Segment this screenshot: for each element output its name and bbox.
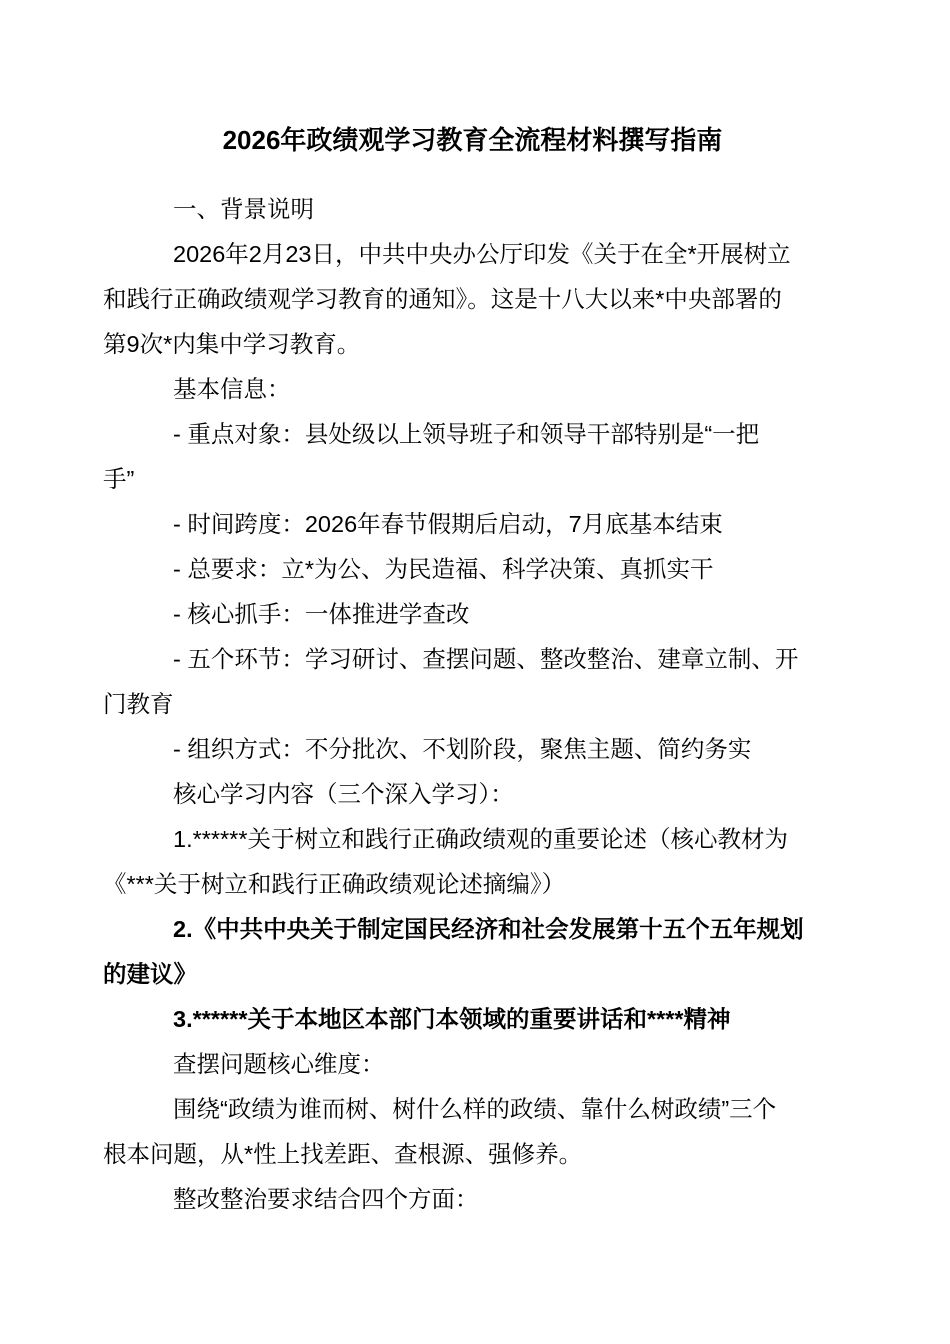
para-three-questions-line-1: 围绕“政绩为谁而树、树什么样的政绩、靠什么树政绩”三个 bbox=[103, 1087, 842, 1132]
list-item-organization-mode: - 组织方式：不分批次、不划阶段，聚焦主题、简约务实 bbox=[103, 727, 842, 772]
numbered-item-2-line-1: 2.《中共中央关于制定国民经济和社会发展第十五个五年规划 bbox=[103, 907, 842, 952]
label-problem-dimensions: 查摆问题核心维度： bbox=[103, 1042, 842, 1087]
label-core-learning-content: 核心学习内容（三个深入学习）： bbox=[103, 772, 842, 817]
para-notice-line-3: 第9次*内集中学习教育。 bbox=[103, 322, 842, 367]
list-item-general-requirement: - 总要求：立*为公、为民造福、科学决策、真抓实干 bbox=[103, 547, 842, 592]
list-item-core-grip: - 核心抓手：一体推进学查改 bbox=[103, 592, 842, 637]
para-three-questions-line-2: 根本问题，从*性上找差距、查根源、强修养。 bbox=[103, 1132, 842, 1177]
document-page: 2026年政绩观学习教育全流程材料撰写指南 一、背景说明 2026年2月23日，… bbox=[0, 0, 950, 1344]
numbered-item-2-line-2: 的建议》 bbox=[103, 952, 842, 997]
list-item-time-span: - 时间跨度：2026年春节假期后启动，7月底基本结束 bbox=[103, 502, 842, 547]
para-notice-line-1: 2026年2月23日，中共中央办公厅印发《关于在全*开展树立 bbox=[103, 232, 842, 277]
section-heading-background: 一、背景说明 bbox=[103, 187, 842, 232]
label-rectification-aspects: 整改整治要求结合四个方面： bbox=[103, 1177, 842, 1222]
document-content: 2026年政绩观学习教育全流程材料撰写指南 一、背景说明 2026年2月23日，… bbox=[0, 0, 950, 1222]
list-item-five-steps-line-1: - 五个环节：学习研讨、查摆问题、整改整治、建章立制、开 bbox=[103, 637, 842, 682]
numbered-item-3: 3.******关于本地区本部门本领域的重要讲话和****精神 bbox=[103, 997, 842, 1042]
label-basic-info: 基本信息： bbox=[103, 367, 842, 412]
para-notice-line-2: 和践行正确政绩观学习教育的通知》。这是十八大以来*中央部署的 bbox=[103, 277, 842, 322]
list-item-five-steps-line-2: 门教育 bbox=[103, 682, 842, 727]
list-item-key-target-line-2: 手” bbox=[103, 457, 842, 502]
list-item-key-target-line-1: - 重点对象：县处级以上领导班子和领导干部特别是“一把 bbox=[103, 412, 842, 457]
numbered-item-1-line-2: 《***关于树立和践行正确政绩观论述摘编》） bbox=[103, 862, 842, 907]
document-title: 2026年政绩观学习教育全流程材料撰写指南 bbox=[103, 118, 842, 163]
numbered-item-1-line-1: 1.******关于树立和践行正确政绩观的重要论述（核心教材为 bbox=[103, 817, 842, 862]
